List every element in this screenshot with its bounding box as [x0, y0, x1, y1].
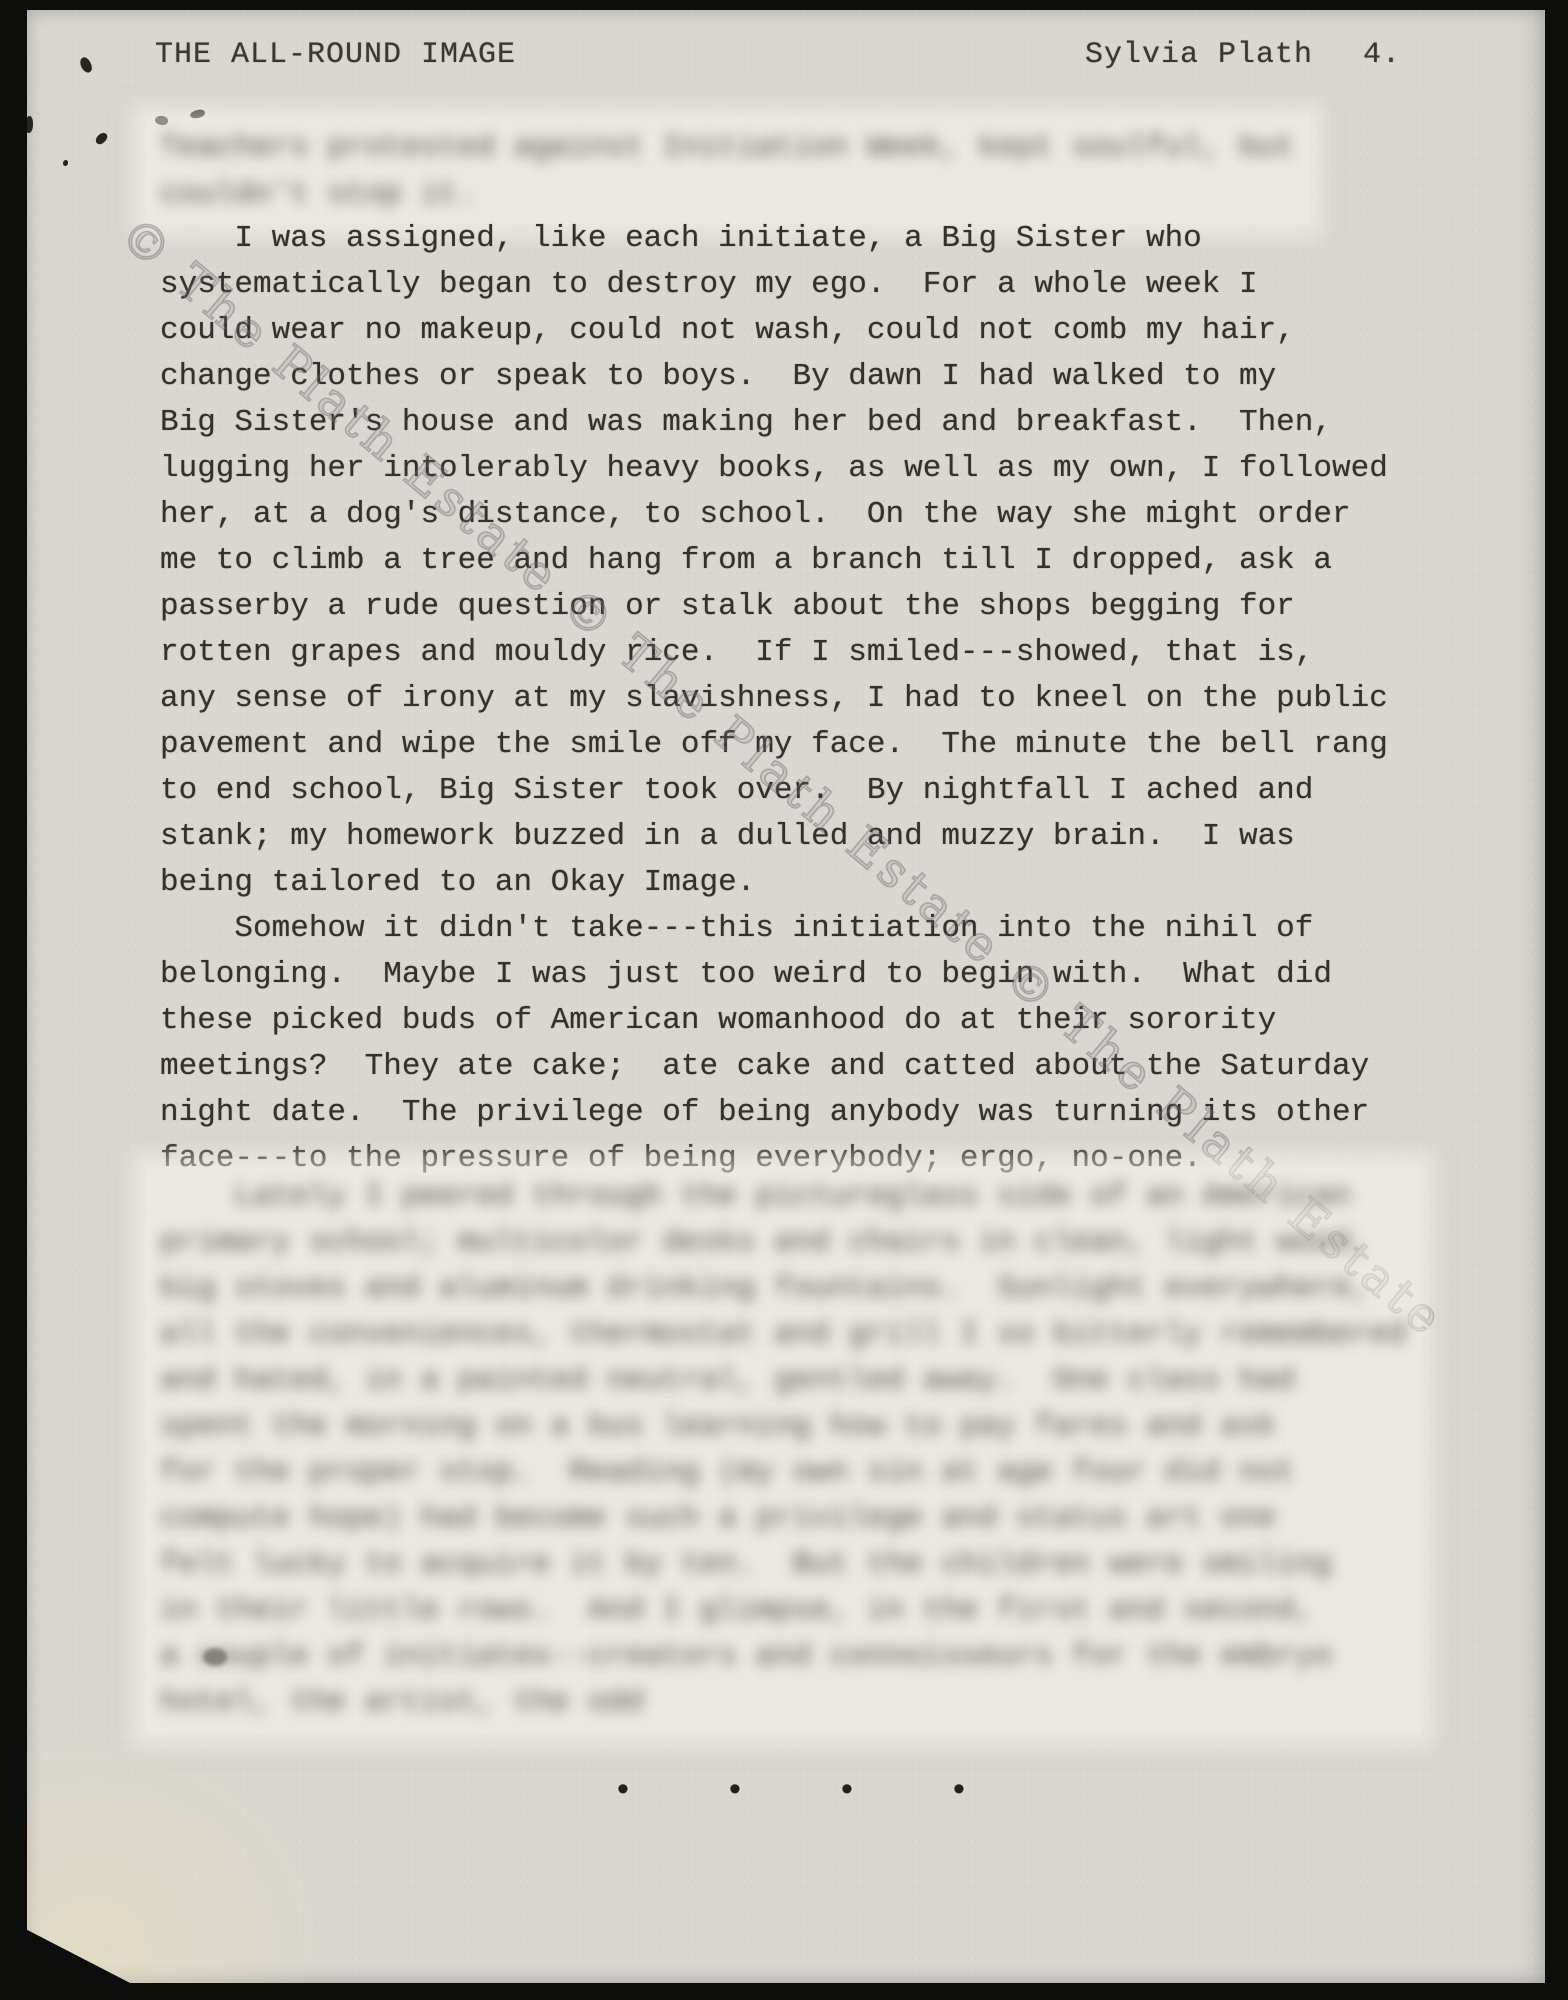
page-number: 4.	[1363, 38, 1401, 72]
typed-line: change clothes or speak to boys. By dawn…	[160, 354, 1388, 400]
separator-dot: •	[946, 1779, 972, 1805]
section-separator-dots: ••••	[610, 1779, 972, 1805]
typed-line: her, at a dog's distance, to school. On …	[160, 492, 1388, 538]
redacted-paragraph-top: Teachers protested against Initiation We…	[146, 118, 1309, 224]
typed-line: any sense of irony at my slavishness, I …	[160, 676, 1388, 722]
typed-line: being tailored to an Okay Image.	[160, 860, 1388, 906]
typewritten-body-text: I was assigned, like each initiate, a Bi…	[160, 216, 1388, 1182]
typed-line: lugging her intolerably heavy books, as …	[160, 446, 1388, 492]
redacted-line: couldn't stop it.	[160, 171, 1295, 218]
ink-speck	[63, 160, 68, 166]
redacted-line: Lately I peered through the pictureglass…	[160, 1174, 1406, 1220]
typed-line: to end school, Big Sister took over. By …	[160, 768, 1388, 814]
redacted-paragraph-bottom: Lately I peered through the pictureglass…	[146, 1166, 1420, 1734]
typed-line: passerby a rude question or stalk about …	[160, 584, 1388, 630]
separator-dot: •	[834, 1779, 860, 1805]
typed-line: these picked buds of American womanhood …	[160, 998, 1388, 1044]
separator-dot: •	[610, 1779, 636, 1805]
redacted-line: compute hope) had become such a privileg…	[160, 1496, 1406, 1542]
redacted-line: for the proper stop. Reading (my own sin…	[160, 1450, 1406, 1496]
redacted-line: primary school; multicolor desks and cha…	[160, 1220, 1406, 1266]
redacted-line: a couple of initiates--creators and conn…	[160, 1634, 1406, 1680]
author-name: Sylvia Plath	[1085, 38, 1313, 72]
redacted-line: spent the morning on a bus learning how …	[160, 1404, 1406, 1450]
typed-line: meetings? They ate cake; ate cake and ca…	[160, 1044, 1388, 1090]
typed-line: stank; my homework buzzed in a dulled an…	[160, 814, 1388, 860]
typed-line: belonging. Maybe I was just too weird to…	[160, 952, 1388, 998]
ink-speck	[25, 116, 33, 133]
typed-line: I was assigned, like each initiate, a Bi…	[160, 216, 1388, 262]
redacted-line: Teachers protested against Initiation We…	[160, 124, 1295, 171]
typed-line: night date. The privilege of being anybo…	[160, 1090, 1388, 1136]
typed-line: rotten grapes and mouldy rice. If I smil…	[160, 630, 1388, 676]
ink-speck	[94, 131, 109, 147]
redacted-line: in their little rows. And I glimpse, in …	[160, 1588, 1406, 1634]
redacted-line: big stoves and aluminum drinking fountai…	[160, 1266, 1406, 1312]
typed-line: me to climb a tree and hang from a branc…	[160, 538, 1388, 584]
typed-line: Somehow it didn't take---this initiation…	[160, 906, 1388, 952]
typed-line: pavement and wipe the smile off my face.…	[160, 722, 1388, 768]
typewritten-manuscript-page: THE ALL-ROUND IMAGE Sylvia Plath 4. Teac…	[27, 10, 1545, 1983]
redacted-line: all the conveniences, thermostat and gri…	[160, 1312, 1406, 1358]
page-header: THE ALL-ROUND IMAGE Sylvia Plath 4.	[27, 38, 1545, 78]
redacted-line: and hated, in a painted neutral, gentled…	[160, 1358, 1406, 1404]
redacted-line: felt lucky to acquire it by ten. But the…	[160, 1542, 1406, 1588]
redacted-line: hotel, the artist, the odd	[160, 1680, 1406, 1726]
scanned-page-stage: THE ALL-ROUND IMAGE Sylvia Plath 4. Teac…	[0, 0, 1568, 2000]
manuscript-title: THE ALL-ROUND IMAGE	[155, 38, 516, 72]
separator-dot: •	[722, 1779, 748, 1805]
typed-line: could wear no makeup, could not wash, co…	[160, 308, 1388, 354]
typed-line: systematically began to destroy my ego. …	[160, 262, 1388, 308]
typed-line: Big Sister's house and was making her be…	[160, 400, 1388, 446]
